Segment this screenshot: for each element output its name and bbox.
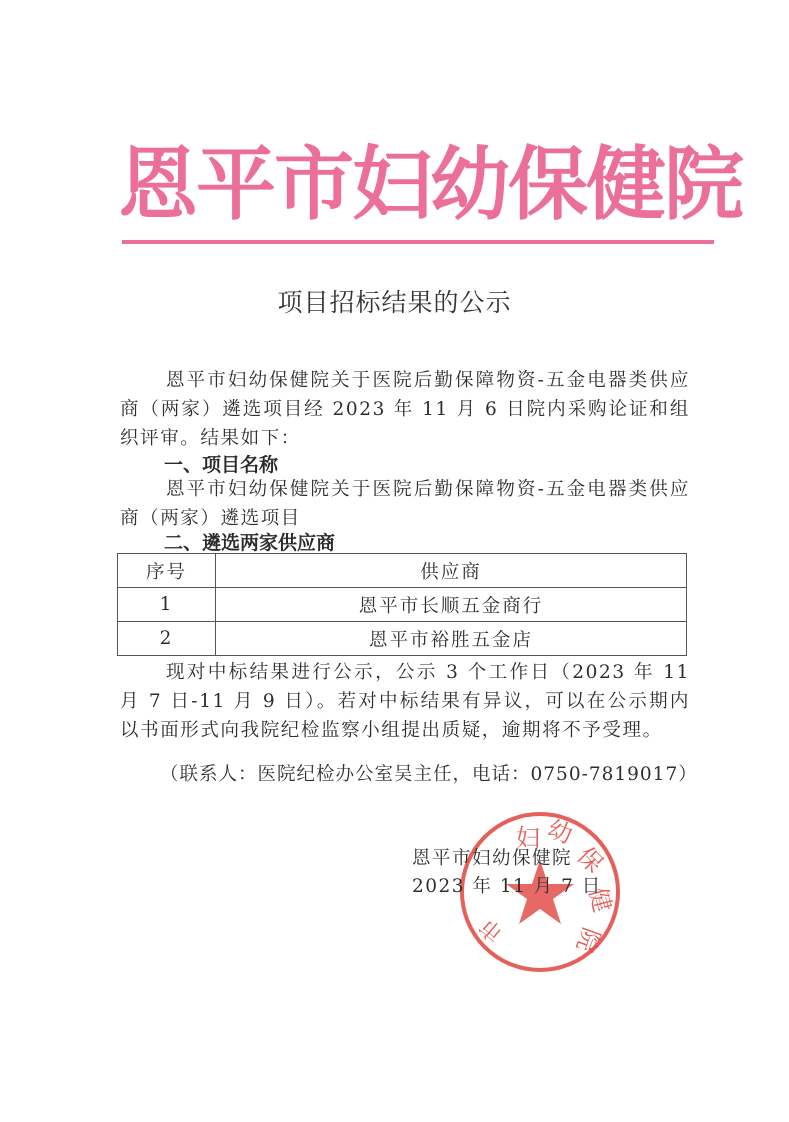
- signature-organization: 恩平市妇幼保健院: [412, 846, 572, 872]
- intro-paragraph: 恩平市妇幼保健院关于医院后勤保障物资-五金电器类供应商（两家）遴选项目经 202…: [120, 366, 690, 453]
- document-title: 项目招标结果的公示: [0, 285, 789, 321]
- row-index: 2: [118, 622, 216, 656]
- row-index: 1: [118, 588, 216, 622]
- contact-info: （联系人：医院纪检办公室吴主任，电话：0750-7819017）: [160, 760, 698, 789]
- table-header-row: 序号 供应商: [118, 554, 687, 588]
- letterhead-divider: [122, 240, 714, 244]
- row-supplier: 恩平市裕胜五金店: [216, 622, 687, 656]
- svg-text:院: 院: [571, 924, 606, 956]
- row-supplier: 恩平市长顺五金商行: [216, 588, 687, 622]
- project-name-paragraph: 恩平市妇幼保健院关于医院后勤保障物资-五金电器类供应商（两家）遴选项目: [120, 475, 690, 533]
- letterhead-organization: 恩平市妇幼保健院: [118, 138, 718, 230]
- table-row: 1 恩平市长顺五金商行: [118, 588, 687, 622]
- supplier-table: 序号 供应商 1 恩平市长顺五金商行 2 恩平市裕胜五金店: [117, 553, 687, 656]
- header-supplier: 供应商: [216, 554, 687, 588]
- signature-date: 2023 年 11 月 7 日: [412, 874, 602, 900]
- notice-paragraph: 现对中标结果进行公示，公示 3 个工作日（2023 年 11 月 7 日-11 …: [120, 658, 690, 745]
- header-index: 序号: [118, 554, 216, 588]
- table-row: 2 恩平市裕胜五金店: [118, 622, 687, 656]
